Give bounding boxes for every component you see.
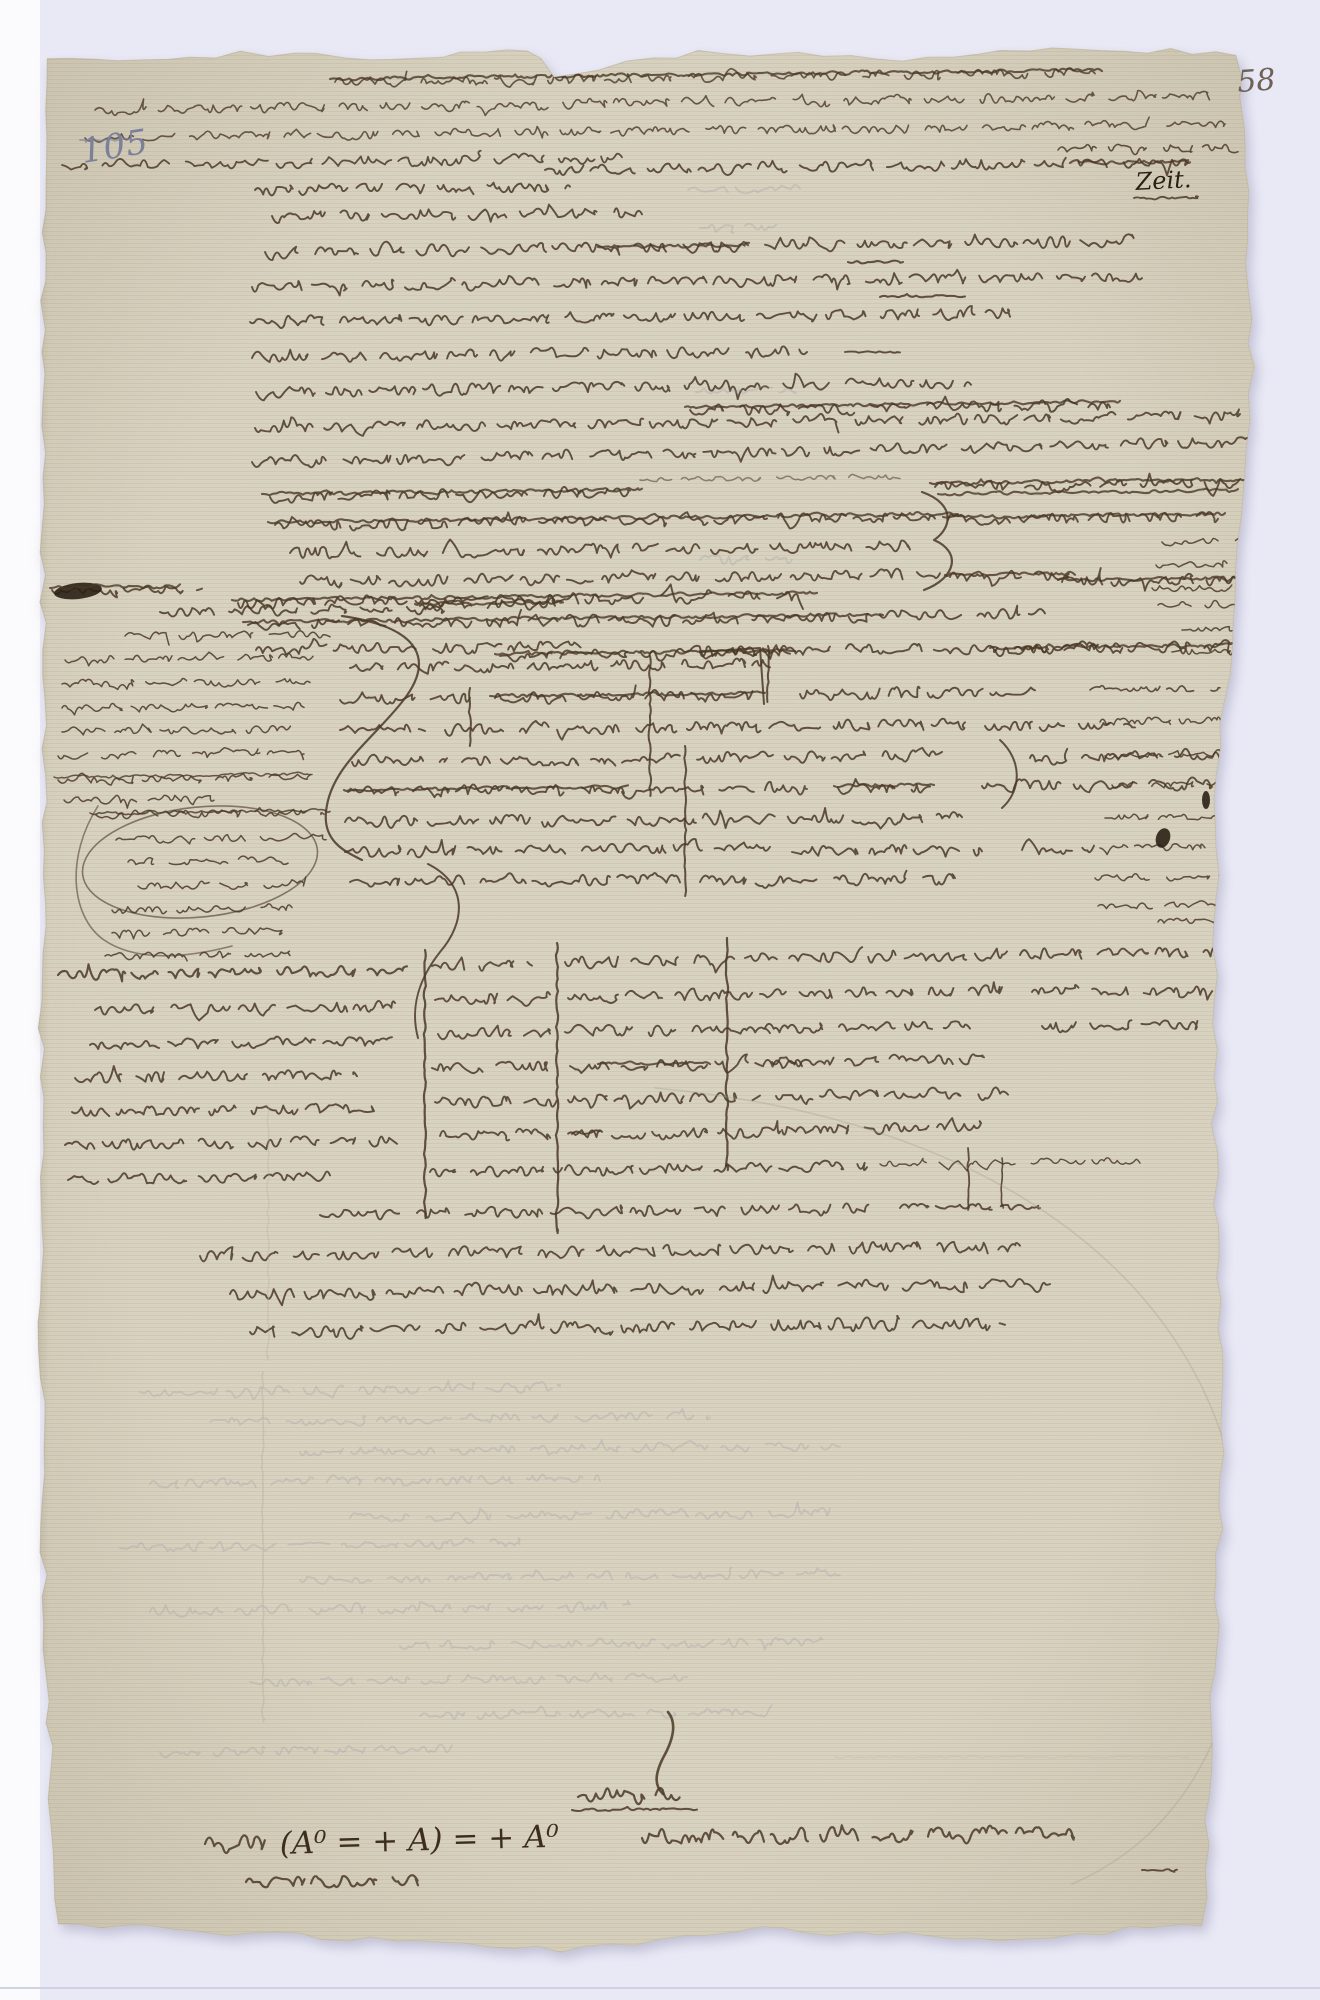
manuscript-scan-page: 105 58 Zeit. (A⁰ = + A) = + A⁰ (0, 0, 1320, 2000)
corner-page-number: 58 (1236, 62, 1277, 100)
gutter-shadow (30, 0, 350, 2000)
underlined-word-zeit: Zeit. (1134, 165, 1192, 196)
ink-blot (1202, 791, 1210, 809)
left-backing-strip (0, 0, 40, 2000)
manuscript-scan: 105 58 Zeit. (A⁰ = + A) = + A⁰ (0, 0, 1320, 2000)
paper-surface (0, 0, 1320, 2000)
algebraic-formula: (A⁰ = + A) = + A⁰ (279, 1819, 560, 1862)
